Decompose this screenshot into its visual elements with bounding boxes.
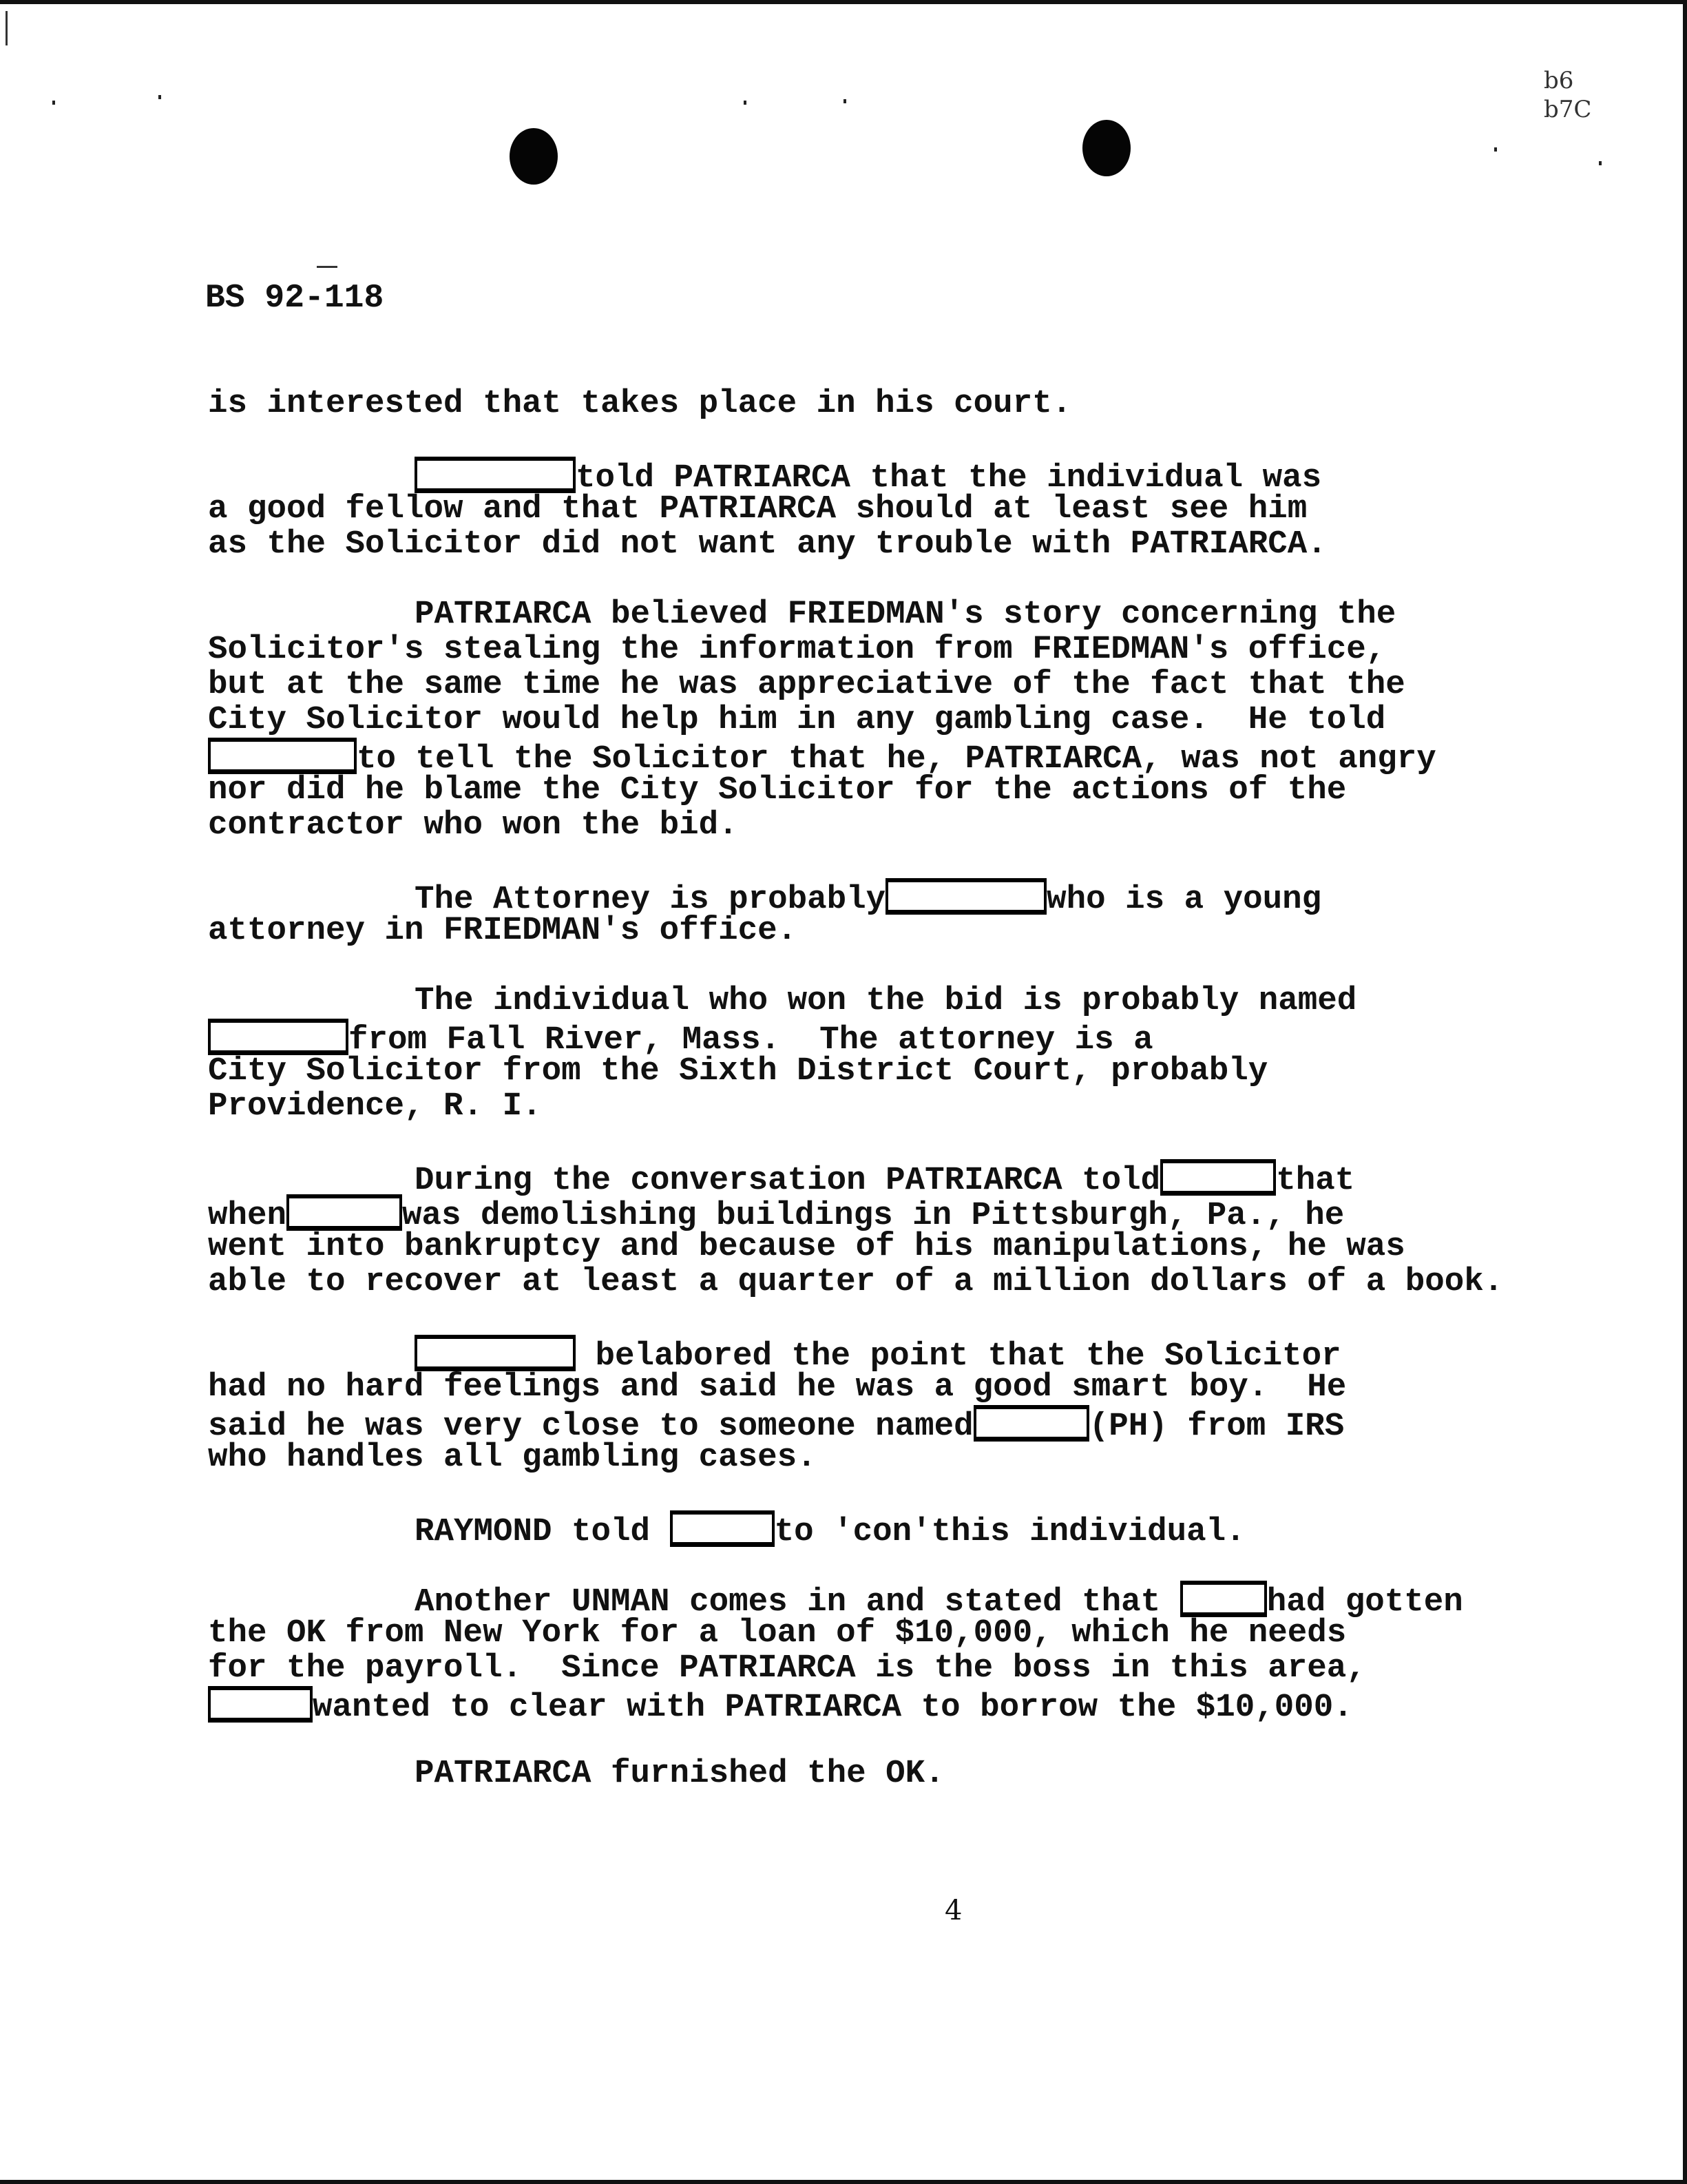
text-segment: but at the same time he was appreciative… — [208, 666, 1405, 703]
redaction-box — [1180, 1581, 1267, 1617]
text-segment: who is a young — [1047, 881, 1321, 918]
redaction-box — [208, 1686, 313, 1723]
text-line: The individual who won the bid is probab… — [208, 984, 1640, 1019]
scan-speck — [158, 95, 161, 99]
text-line: City Solicitor from the Sixth District C… — [208, 1054, 1640, 1089]
text-segment: is interested that takes place in his co… — [208, 385, 1071, 422]
exemption-code: b6 — [1544, 66, 1591, 95]
paragraph: PATRIARCA believed FRIEDMAN's story conc… — [208, 597, 1640, 843]
text-segment: that — [1276, 1162, 1354, 1199]
text-line: Providence, R. I. — [208, 1089, 1640, 1124]
text-segment: had no hard feelings and said he was a g… — [208, 1369, 1346, 1406]
paragraph: RAYMOND told to 'con'this individual. — [208, 1510, 1640, 1546]
text-segment: City Solicitor from the Sixth District C… — [208, 1052, 1268, 1090]
scan-speck — [843, 99, 846, 103]
paragraph: belabored the point that the Solicitorha… — [208, 1335, 1640, 1475]
text-line: attorney in FRIEDMAN's office. — [208, 913, 1640, 948]
redaction-box — [415, 1335, 576, 1371]
redaction-box — [286, 1194, 402, 1231]
paragraph: The individual who won the bid is probab… — [208, 984, 1640, 1124]
paragraph: The Attorney is probablywho is a youngat… — [208, 878, 1640, 948]
text-line: as the Solicitor did not want any troubl… — [208, 527, 1640, 562]
text-segment: Solicitor's stealing the information fro… — [208, 631, 1385, 668]
text-segment: RAYMOND told — [415, 1513, 670, 1550]
text-line: but at the same time he was appreciative… — [208, 667, 1640, 703]
text-line: PATRIARCA believed FRIEDMAN's story conc… — [208, 597, 1640, 632]
page-edge-mark — [6, 11, 8, 45]
text-segment: went into bankruptcy and because of his … — [208, 1228, 1405, 1265]
redaction-box — [670, 1510, 775, 1547]
text-segment: a good fellow and that PATRIARCA should … — [208, 490, 1307, 528]
scan-speck — [1599, 161, 1602, 165]
text-line: said he was very close to someone named(… — [208, 1405, 1640, 1440]
text-segment: wanted to clear with PATRIARCA to borrow… — [313, 1689, 1353, 1726]
text-segment: PATRIARCA believed FRIEDMAN's story conc… — [415, 596, 1396, 633]
document-body: is interested that takes place in his co… — [208, 386, 1640, 1827]
text-line: wanted to clear with PATRIARCA to borrow… — [208, 1686, 1640, 1721]
text-segment: the OK from New York for a loan of $10,0… — [208, 1614, 1346, 1652]
text-line: During the conversation PATRIARCA toldth… — [208, 1159, 1640, 1194]
redaction-box — [415, 457, 576, 493]
text-line: belabored the point that the Solicitor — [208, 1335, 1640, 1370]
redaction-box — [208, 1019, 348, 1055]
text-segment: able to recover at least a quarter of a … — [208, 1263, 1503, 1300]
header-dash — [317, 266, 337, 268]
file-number: BS 92-118 — [205, 280, 384, 317]
text-line: the OK from New York for a loan of $10,0… — [208, 1616, 1640, 1651]
redaction-box — [1160, 1159, 1276, 1196]
document-page: b6 b7C BS 92-118 is interested that take… — [0, 0, 1687, 2184]
text-segment: Providence, R. I. — [208, 1088, 542, 1125]
text-line: nor did he blame the City Solicitor for … — [208, 773, 1640, 808]
text-segment: as the Solicitor did not want any troubl… — [208, 526, 1327, 563]
redaction-box — [886, 878, 1047, 915]
text-segment: City Solicitor would help him in any gam… — [208, 701, 1385, 738]
text-line: had no hard feelings and said he was a g… — [208, 1370, 1640, 1405]
paragraph: is interested that takes place in his co… — [208, 386, 1640, 422]
text-line: went into bankruptcy and because of his … — [208, 1229, 1640, 1265]
text-line: who handles all gambling cases. — [208, 1440, 1640, 1475]
text-line: PATRIARCA furnished the OK. — [208, 1756, 1640, 1791]
text-line: for the payroll. Since PATRIARCA is the … — [208, 1651, 1640, 1686]
redaction-box — [208, 738, 357, 774]
text-line: from Fall River, Mass. The attorney is a — [208, 1019, 1640, 1054]
foia-exemption-codes: b6 b7C — [1544, 66, 1591, 124]
text-segment: During the conversation PATRIARCA told — [415, 1162, 1160, 1199]
paragraph: Another UNMAN comes in and stated that h… — [208, 1581, 1640, 1721]
redaction-box — [974, 1405, 1089, 1442]
text-line: contractor who won the bid. — [208, 808, 1640, 843]
punch-hole-right — [1082, 120, 1131, 176]
text-segment: to 'con'this individual. — [775, 1513, 1246, 1550]
paragraph: PATRIARCA furnished the OK. — [208, 1756, 1640, 1791]
scan-speck — [1494, 147, 1497, 152]
text-segment: PATRIARCA furnished the OK. — [415, 1755, 945, 1792]
text-line: The Attorney is probablywho is a young — [208, 878, 1640, 913]
text-line: whenwas demolishing buildings in Pittsbu… — [208, 1194, 1640, 1229]
text-line: Another UNMAN comes in and stated that h… — [208, 1581, 1640, 1616]
text-segment: contractor who won the bid. — [208, 807, 738, 844]
text-line: a good fellow and that PATRIARCA should … — [208, 492, 1640, 527]
text-line: RAYMOND told to 'con'this individual. — [208, 1510, 1640, 1546]
text-line: City Solicitor would help him in any gam… — [208, 703, 1640, 738]
paragraph: During the conversation PATRIARCA toldth… — [208, 1159, 1640, 1300]
text-line: is interested that takes place in his co… — [208, 386, 1640, 422]
page-number: 4 — [945, 1895, 962, 1926]
text-line: to tell the Solicitor that he, PATRIARCA… — [208, 738, 1640, 773]
paragraph: told PATRIARCA that the individual wasa … — [208, 457, 1640, 562]
scan-speck — [744, 101, 746, 105]
text-segment: who handles all gambling cases. — [208, 1439, 817, 1476]
text-line: able to recover at least a quarter of a … — [208, 1265, 1640, 1300]
punch-hole-left — [510, 128, 558, 185]
text-segment: for the payroll. Since PATRIARCA is the … — [208, 1650, 1366, 1687]
text-line: told PATRIARCA that the individual was — [208, 457, 1640, 492]
exemption-code: b7C — [1544, 95, 1591, 124]
text-segment: (PH) from IRS — [1089, 1408, 1345, 1445]
text-segment: The individual who won the bid is probab… — [415, 982, 1356, 1019]
text-segment: attorney in FRIEDMAN's office. — [208, 912, 797, 949]
scan-speck — [52, 101, 55, 105]
text-segment: nor did he blame the City Solicitor for … — [208, 771, 1346, 809]
text-line: Solicitor's stealing the information fro… — [208, 632, 1640, 667]
